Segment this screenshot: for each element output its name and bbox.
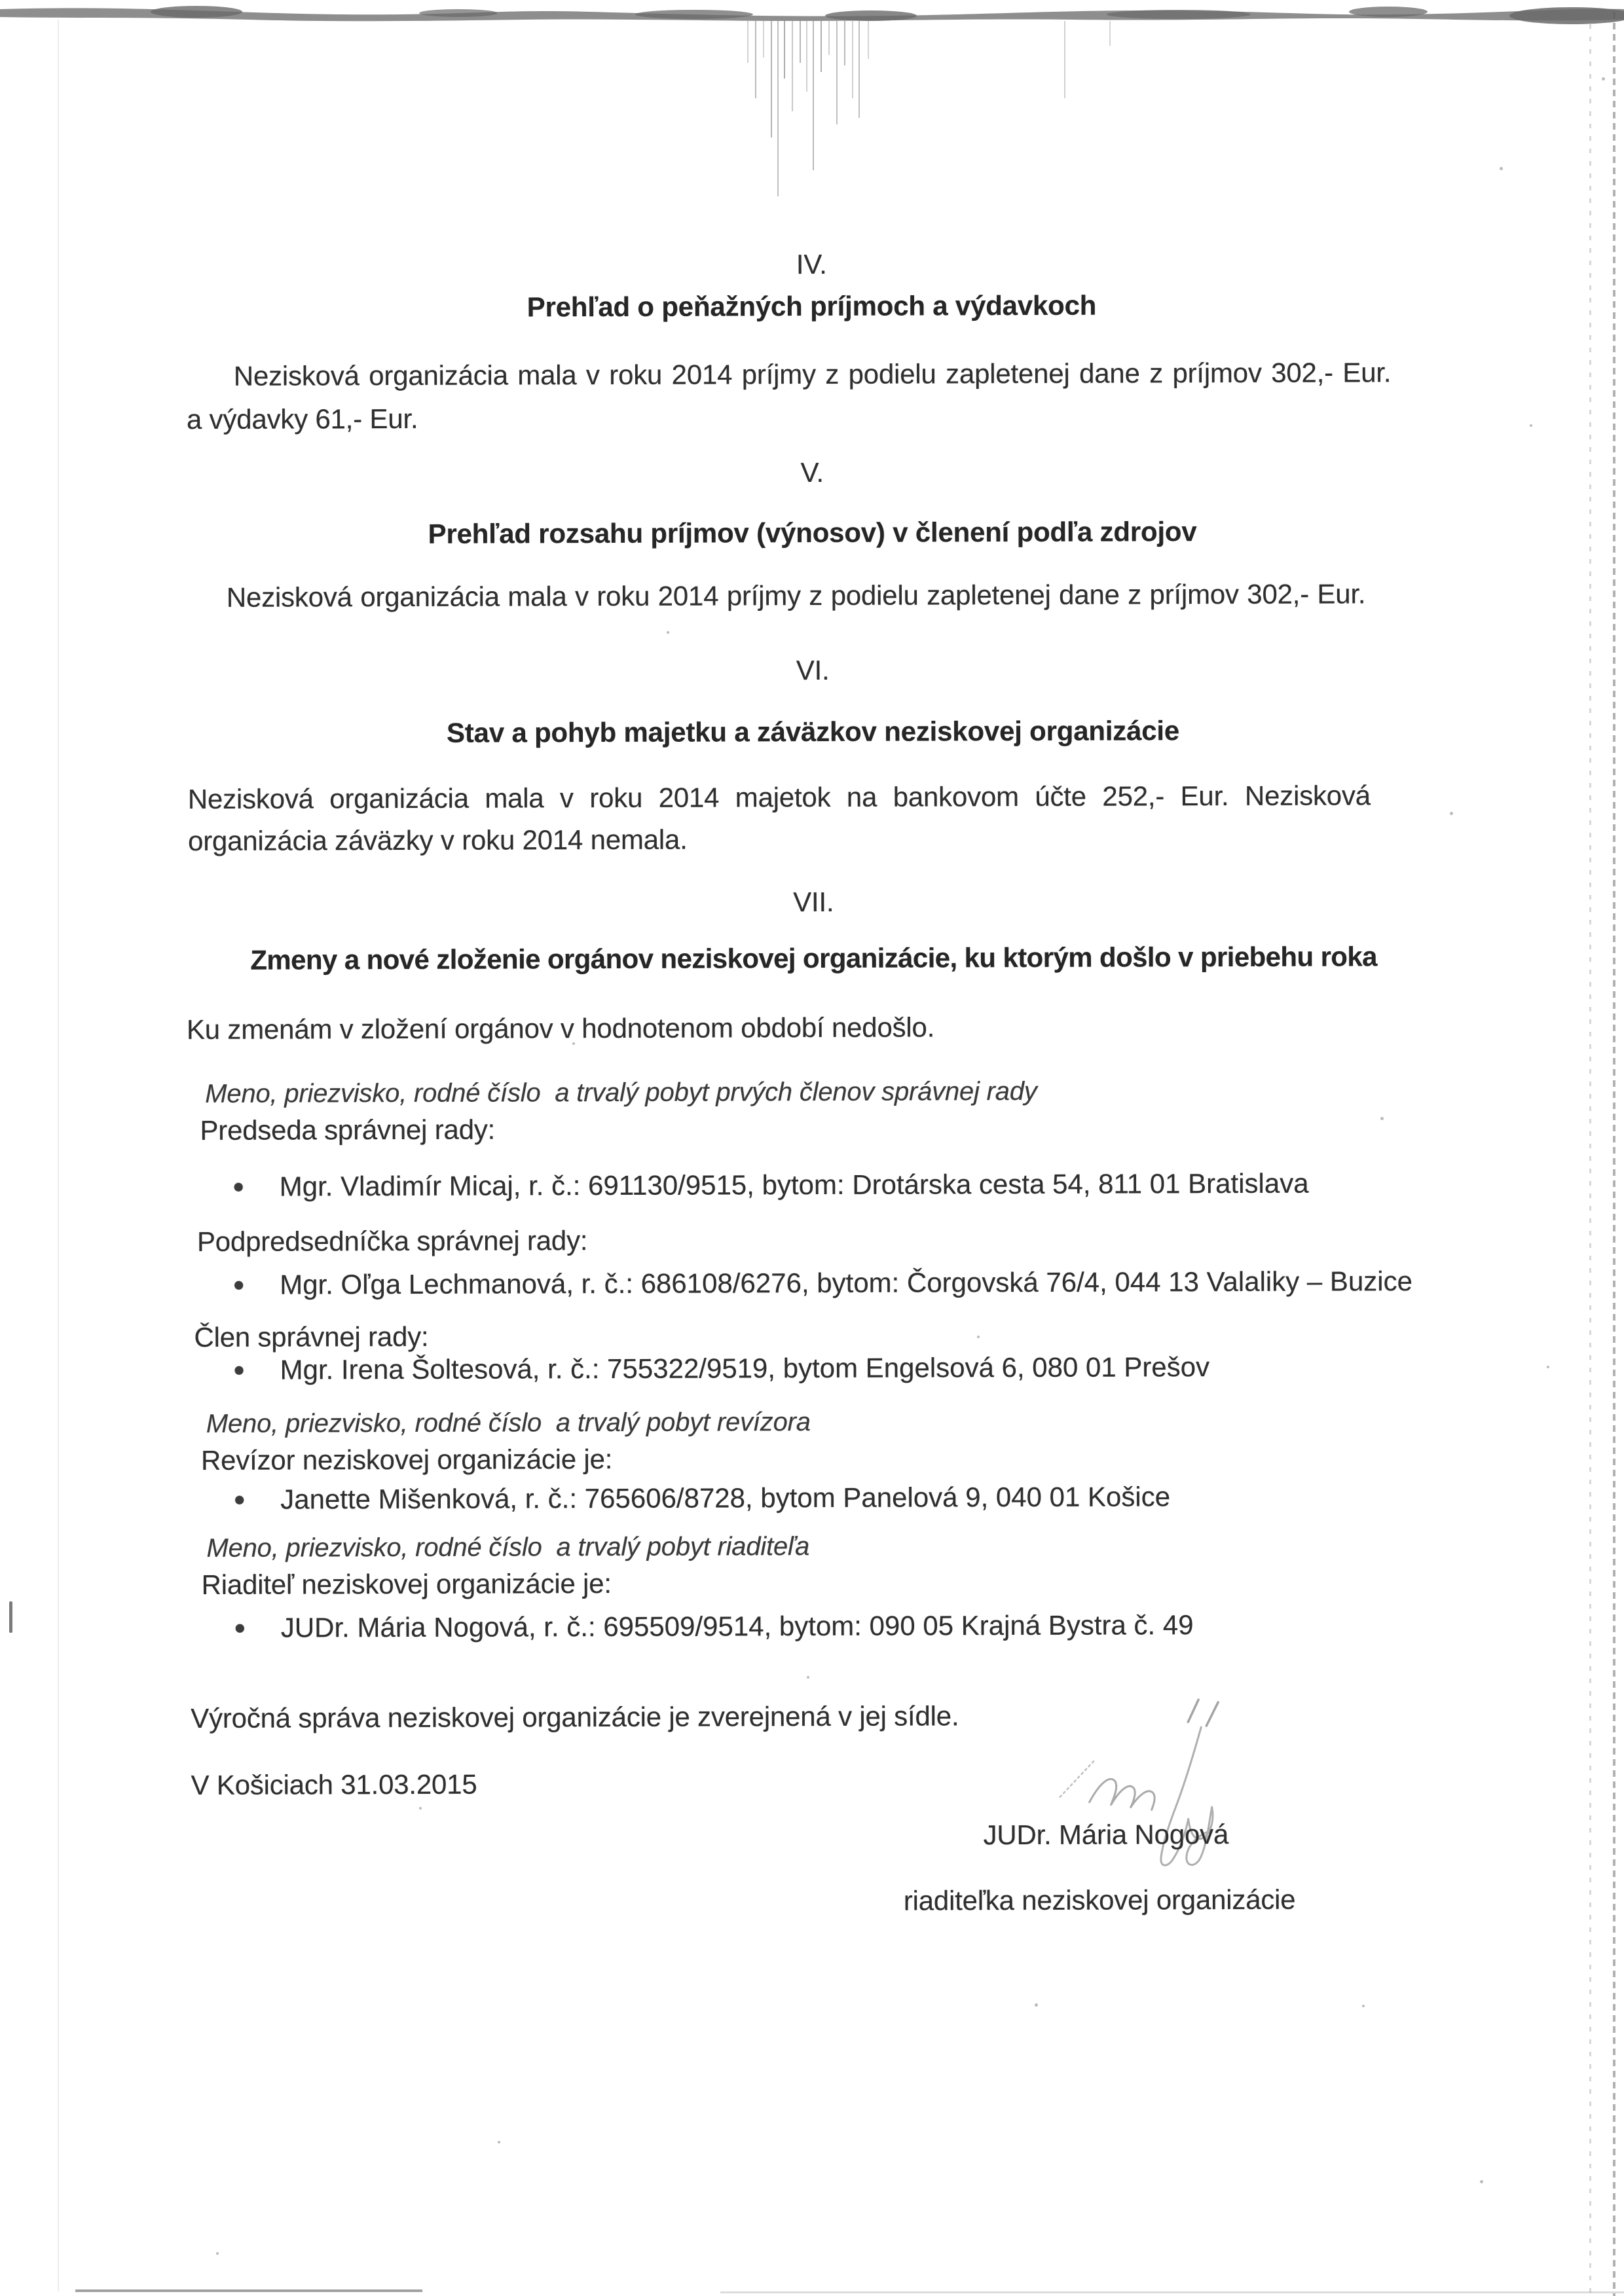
board-chairman-text: Mgr. Vladimír Micaj, r. č.: 691130/9515,…: [280, 1163, 1309, 1207]
board-vicechair-label: Podpredsedníčka správnej rady:: [197, 1220, 588, 1262]
director-text: JUDr. Mária Nogová, r. č.: 695509/9514, …: [281, 1604, 1194, 1648]
auditor-heading-italic: Meno, priezvisko, rodné číslo a trvalý p…: [206, 1404, 1450, 1440]
section-vii-number: VII.: [188, 879, 1439, 924]
section-vi-paragraph-line-1: Nezisková organizácia mala v roku 2014 m…: [188, 774, 1471, 820]
signer-role: riaditeľka neziskovej organizácie: [883, 1879, 1316, 1922]
section-v-paragraph-line-1: Nezisková organizácia mala v roku 2014 p…: [187, 573, 1451, 618]
board-chairman-label: Predseda správnej rady:: [200, 1109, 495, 1151]
scanned-document-page: IV. Prehľad o peňažných príjmoch a výdav…: [0, 0, 1624, 2296]
auditor-text: Janette Mišenková, r. č.: 765606/8728, b…: [280, 1476, 1170, 1520]
auditor-label: Revízor neziskovej organizácie je:: [201, 1438, 612, 1481]
bullet-icon: [235, 1496, 244, 1504]
place-date: V Košiciach 31.03.2015: [191, 1764, 477, 1806]
board-member-text: Mgr. Irena Šoltesová, r. č.: 755322/9519…: [280, 1346, 1209, 1390]
section-iv-paragraph-line-2: a výdavky 61,- Eur.: [187, 395, 1437, 440]
section-v-number: V.: [187, 450, 1437, 495]
document-content: IV. Prehľad o peňažných príjmoch a výdav…: [0, 0, 1624, 2296]
director-heading-italic: Meno, priezvisko, rodné číslo a trvalý p…: [206, 1529, 1450, 1564]
board-vicechair-text: Mgr. Oľga Lechmanová, r. č.: 686108/6276…: [280, 1260, 1412, 1305]
signer-name: JUDr. Mária Nogová: [923, 1813, 1289, 1856]
bullet-icon: [236, 1624, 244, 1633]
section-iv-title: Prehľad o peňažných príjmoch a výdavkoch: [186, 283, 1437, 329]
section-vi-paragraph-line-2: organizácia záväzky v roku 2014 nemala.: [188, 816, 1439, 862]
section-v-title: Prehľad rozsahu príjmov (výnosov) v člen…: [187, 510, 1437, 555]
board-chairman-item: Mgr. Vladimír Micaj, r. č.: 691130/9515,…: [234, 1162, 1446, 1207]
board-vicechair-item: Mgr. Oľga Lechmanová, r. č.: 686108/6276…: [234, 1260, 1446, 1305]
bullet-icon: [234, 1281, 243, 1290]
board-heading-italic: Meno, priezvisko, rodné číslo a trvalý p…: [205, 1074, 1449, 1110]
bullet-icon: [234, 1183, 243, 1192]
section-vii-paragraph-line-1: Ku zmenám v zložení orgánov v hodnotenom…: [187, 1005, 1437, 1050]
section-vii-title: Zmeny a nové zloženie orgánov neziskovej…: [189, 936, 1439, 981]
director-item: JUDr. Mária Nogová, r. č.: 695509/9514, …: [236, 1603, 1447, 1649]
section-iv-number: IV.: [186, 242, 1437, 287]
bullet-icon: [235, 1366, 244, 1375]
section-iv-paragraph-line-1: Nezisková organizácia mala v roku 2014 p…: [187, 352, 1444, 397]
director-label: Riaditeľ neziskovej organizácie je:: [202, 1563, 612, 1605]
section-vi-number: VI.: [187, 647, 1438, 693]
section-vi-title: Stav a pohyb majetku a záväzkov neziskov…: [187, 709, 1438, 754]
auditor-item: Janette Mišenková, r. č.: 765606/8728, b…: [235, 1475, 1447, 1520]
board-member-item: Mgr. Irena Šoltesová, r. č.: 755322/9519…: [234, 1345, 1446, 1391]
